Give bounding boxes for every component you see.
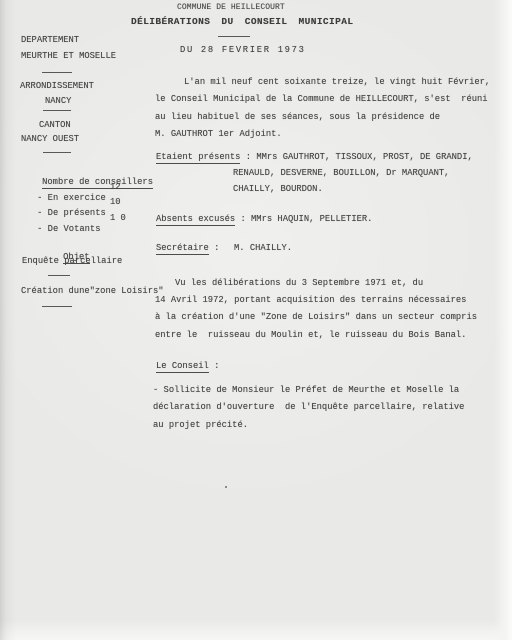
arrondissement-value: NANCY (45, 96, 71, 107)
secretaire-separator: : (209, 243, 220, 253)
absents-line: Absents excusés : MMrs HAQUIN, PELLETIER… (156, 214, 372, 225)
presents-line-2: RENAULD, DESVERNE, BOUILLON, Dr MARQUANT… (233, 168, 449, 179)
conseil-separator: : (209, 361, 220, 371)
secretaire-value: M. CHAILLY. (234, 243, 292, 254)
absents-names: MMrs HAQUIN, PELLETIER. (251, 214, 372, 224)
margin-divider-1 (42, 72, 72, 73)
scanned-deliberation-document: COMMUNE DE HEILLECOURT DÉLIBÉRATIONS DU … (0, 0, 512, 640)
canton-value: NANCY OUEST (21, 134, 79, 145)
paper-speck (225, 486, 227, 488)
margin-divider-5 (42, 306, 72, 307)
session-date: DU 28 FEVRIER 1973 (180, 45, 306, 56)
commune-heading: COMMUNE DE HEILLECOURT (177, 3, 285, 13)
opening-line-2: le Conseil Municipal de la Commune de HE… (155, 94, 488, 105)
resolution-line-1: - Sollicite de Monsieur le Préfet de Meu… (153, 385, 459, 396)
margin-divider-4 (48, 275, 70, 276)
resolution-line-3: au projet précité. (153, 420, 248, 431)
canton-label: CANTON (39, 120, 71, 131)
objet-line-1: Enquête parcellaire (22, 256, 122, 267)
conseil-heading: Le Conseil : (156, 361, 219, 372)
arrondissement-label: ARRONDISSEMENT (20, 81, 94, 92)
secretaire-label-line: Secrétaire : (156, 243, 219, 254)
title-divider (218, 36, 250, 37)
margin-divider-2 (43, 110, 71, 111)
deliberation-line-4: entre le ruisseau du Moulin et, le ruiss… (155, 330, 466, 341)
departement-value: MEURTHE ET MOSELLE (21, 51, 116, 62)
document-title: DÉLIBÉRATIONS DU CONSEIL MUNICIPAL (131, 16, 353, 28)
absents-separator: : (235, 214, 251, 224)
secretaire-label: Secrétaire (156, 243, 209, 255)
objet-line-2: Création dune"zone Loisirs" (21, 286, 164, 297)
conseil-heading-text: Le Conseil (156, 361, 209, 373)
deliberation-line-1: Vu les délibérations du 3 Septembre 1971… (175, 278, 423, 289)
resolution-line-2: déclaration d'ouverture de l'Enquête par… (153, 402, 464, 413)
opening-line-4: M. GAUTHROT 1er Adjoint. (155, 129, 282, 140)
deliberation-line-2: 14 Avril 1972, portant acquisition des t… (155, 295, 466, 306)
conseillers-row-value: 12 (110, 182, 121, 193)
presents-separator: : (240, 152, 256, 162)
presents-names-1: MMrs GAUTHROT, TISSOUX, PROST, DE GRANDI… (256, 152, 472, 162)
opening-line-3: au lieu habituel de ses séances, sous la… (155, 112, 440, 123)
deliberation-line-3: à la création d'une "Zone de Loisirs" da… (155, 312, 477, 323)
margin-divider-3 (43, 152, 71, 153)
presents-label: Etaient présents (156, 152, 240, 164)
conseillers-row-value: 1 0 (110, 213, 126, 224)
departement-label: DEPARTEMENT (21, 35, 79, 46)
presents-line-3: CHAILLY, BOURDON. (233, 184, 323, 195)
opening-line-1: L'an mil neuf cent soixante treize, le v… (184, 77, 490, 88)
presents-line-1: Etaient présents : MMrs GAUTHROT, TISSOU… (156, 152, 473, 163)
conseillers-row-value: 10 (110, 197, 121, 208)
conseillers-row-label: - De Votants (37, 224, 100, 234)
absents-label: Absents excusés (156, 214, 235, 226)
